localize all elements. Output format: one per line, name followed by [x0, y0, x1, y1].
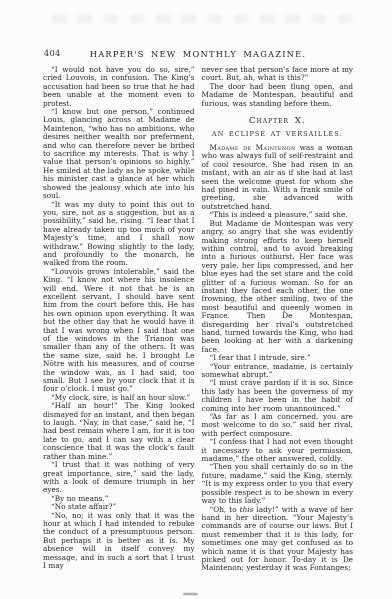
paragraph: “I must crave pardon if it is so. Since … — [202, 379, 354, 413]
paragraph: But Madame de Montespan was very angry, … — [202, 220, 354, 355]
text-columns: “I would not have you do so, sire,” crie… — [43, 66, 353, 573]
paragraph: Madame de Maintenon was a woman who was … — [202, 144, 354, 211]
paragraph: “I trust that it was nothing of very gre… — [43, 461, 195, 495]
masthead-title: HARPER'S NEW MONTHLY MAGAZINE. — [43, 49, 353, 59]
chapter-heading: Chapter X. — [202, 116, 354, 126]
paragraph: “Your entrance, madame, is certainly som… — [202, 363, 354, 380]
paragraph: “Then you shall certainly do so in the f… — [202, 463, 354, 505]
paragraph: “Louvois grows intolerable,” said the Ki… — [43, 268, 195, 394]
page-bleedthrough-artifact — [52, 14, 352, 23]
paragraph: “I would not have you do so, sire,” crie… — [43, 66, 195, 108]
bottom-smudge-artifact — [183, 593, 198, 595]
magazine-page: 404 HARPER'S NEW MONTHLY MAGAZINE. “I wo… — [0, 0, 392, 599]
left-column: “I would not have you do so, sire,” crie… — [43, 66, 195, 573]
paragraph: “As far as I am concerned, you are most … — [202, 413, 354, 438]
paragraph: “Half an hour!” The King looked dismayed… — [43, 402, 195, 461]
page-header: 404 HARPER'S NEW MONTHLY MAGAZINE. — [43, 49, 353, 61]
paragraph: never see that person’s face more at my … — [202, 66, 354, 83]
paragraph: “It was my duty to point this out to you… — [43, 201, 195, 268]
paragraph: “No, no; it was only that it was the hou… — [43, 512, 195, 571]
paragraph: “Oh, to this lady!” with a wave of her h… — [202, 506, 354, 573]
right-column: never see that person’s face more at my … — [202, 66, 354, 573]
paragraph: The door had been flung open, and Madame… — [202, 83, 354, 108]
paragraph: “I know but one person,” continued Louis… — [43, 108, 195, 200]
chapter-subheading: AN ECLIPSE AT VERSAILLES. — [202, 130, 354, 138]
paragraph: “I confess that I had not even thought i… — [202, 438, 354, 463]
smallcaps-lead: Madame de Maintenon — [210, 143, 296, 152]
